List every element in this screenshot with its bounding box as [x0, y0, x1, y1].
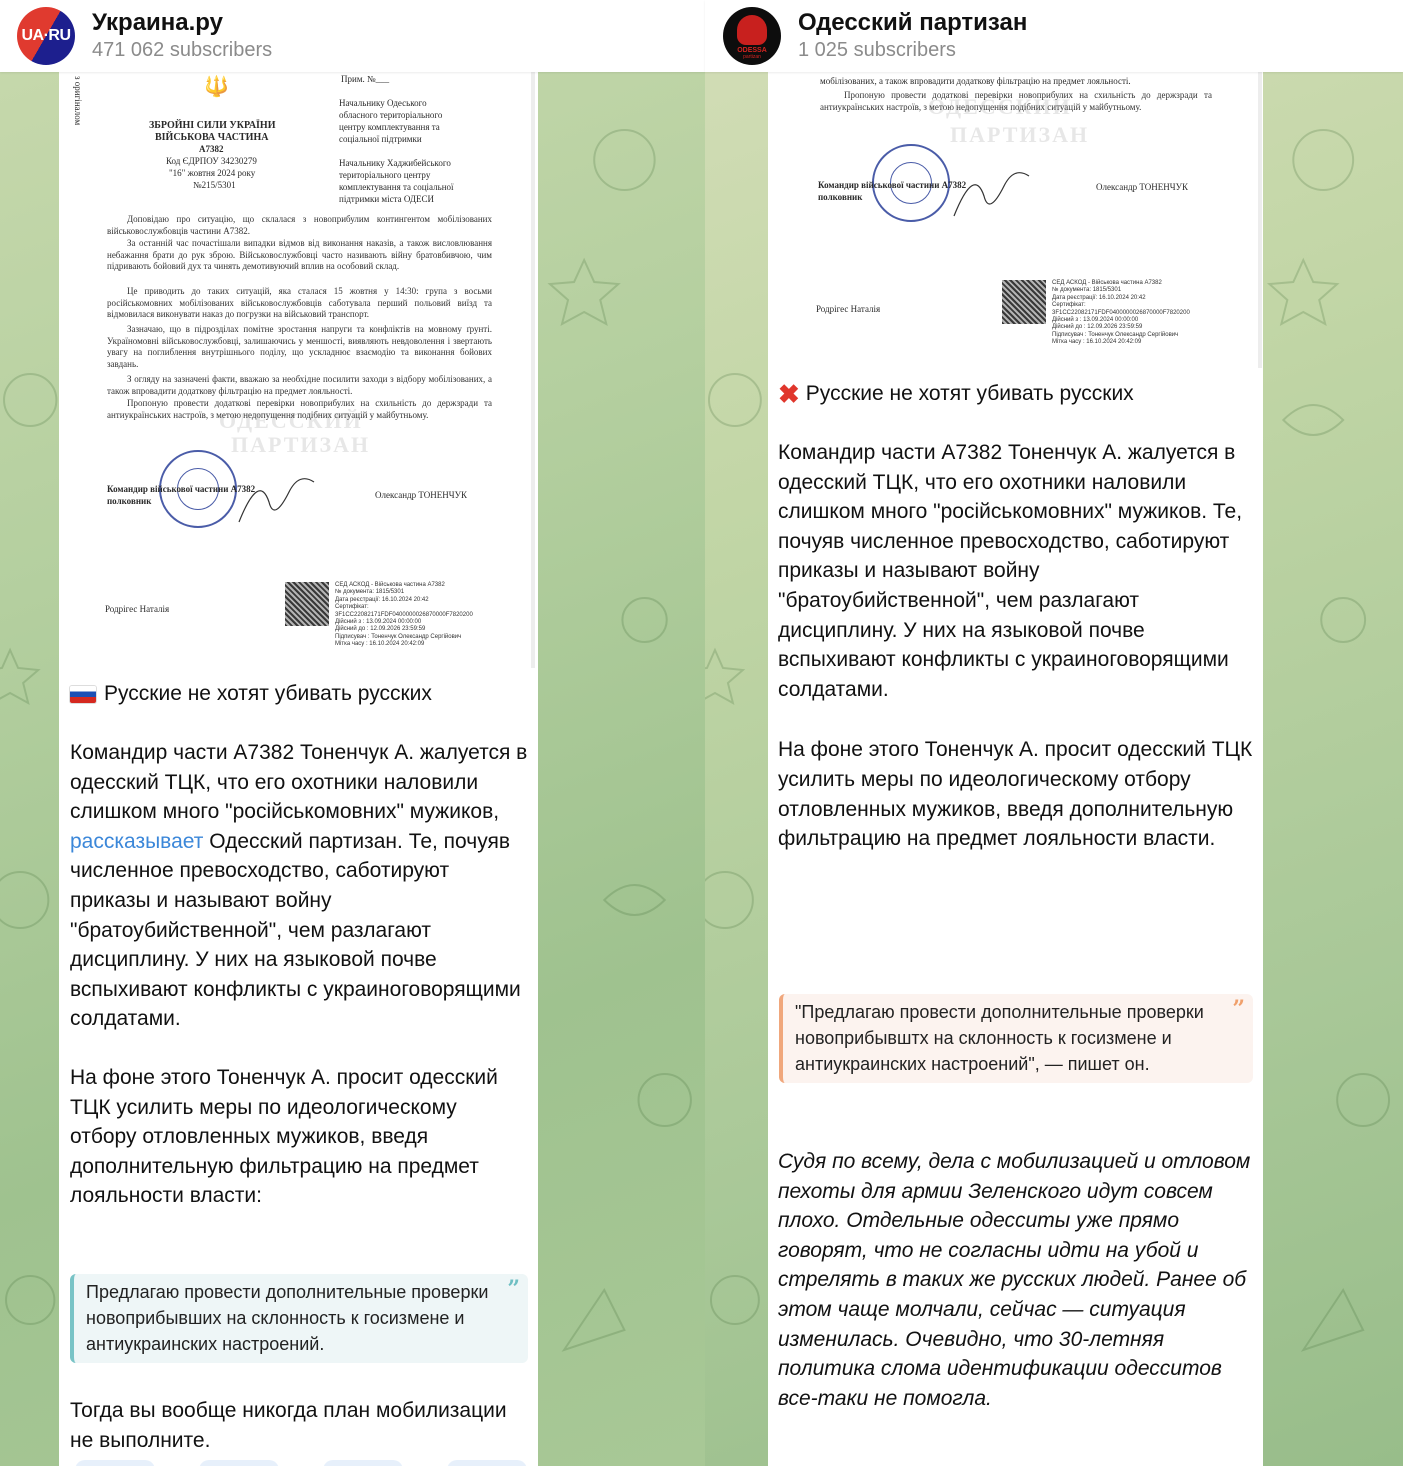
message-bubble-left: з оригіналом 🔱 Прим. №___ ЗБРОЙНІ СИЛИ У… [59, 72, 538, 1466]
doc-executor: Родрігес Наталія [105, 604, 169, 615]
partisan-silhouette-icon [737, 15, 767, 45]
channel-info: Украина.ру 471 062 subscribers [92, 9, 272, 63]
doc-recipient: обласного територіального [339, 110, 442, 121]
quote-mark-icon: ” [507, 1276, 520, 1302]
doc-recipient: центру комплектування та [339, 122, 440, 133]
channel-avatar[interactable]: ODESSA partizan [723, 7, 781, 65]
doc-paragraph: Доповідаю про ситуацію, що склалася з но… [107, 214, 492, 237]
quote-text: "Предлагаю провести дополнительные прове… [795, 1002, 1204, 1074]
text: Командир части А7382 Тоненчук А. жалуетс… [70, 741, 527, 823]
e-signature-line: Мітка часу : 16.10.2024 20:42:09 [335, 641, 473, 648]
channel-name[interactable]: Украина.ру [92, 9, 272, 37]
e-signature-line: № документа: 1815/5301 [1052, 287, 1190, 294]
paragraph: Тогда вы вообще никогда план мобилизации… [70, 1396, 528, 1455]
avatar-logo-subtext: partizan [743, 54, 761, 60]
subscriber-count: 1 025 subscribers [798, 37, 1027, 63]
e-signature-line: Дата реєстрації: 16.10.2024 20:42 [335, 597, 473, 604]
doc-ref: Прим. №___ [341, 74, 389, 85]
post-title-text: Русские не хотят убивать русских [104, 680, 432, 708]
e-signature-line: Дійсний до : 12.09.2026 23:59:59 [335, 626, 473, 633]
blockquote: Предлагаю провести дополнительные провер… [70, 1274, 528, 1363]
e-signature-line: Сертифікат: [335, 604, 473, 611]
post-title: Русские не хотят убивать русских [70, 680, 528, 708]
doc-recipient: Начальнику Хаджибейського [339, 158, 451, 169]
message-bubble-right: мобілізованих, а також впровадити додатк… [768, 72, 1263, 1466]
document-photo[interactable]: мобілізованих, а також впровадити додатк… [768, 72, 1262, 368]
doc-signatory-rank: полковник [107, 496, 151, 507]
message-text-end: Судя по всему, дела с мобилизацией и отл… [778, 1147, 1253, 1413]
watermark: ПАРТИЗАН [231, 432, 370, 458]
doc-recipient: комплектування та соціальної [339, 182, 454, 193]
doc-paragraph: З огляду на зазначені факти, вважаю за н… [107, 374, 492, 397]
doc-recipient: Начальнику Одеського [339, 98, 427, 109]
source-link[interactable]: рассказывает [70, 830, 203, 853]
doc-org-line: ВІЙСЬКОВА ЧАСТИНА [155, 132, 268, 143]
red-x-icon: ✖ [778, 381, 800, 407]
doc-code: Код ЄДРПОУ 34230279 [166, 156, 257, 167]
quote-text: Предлагаю провести дополнительные провер… [86, 1282, 488, 1354]
text: Одесский партизан. Те, почуяв численное … [70, 830, 521, 1031]
e-signature-line: Сертифікат: [1052, 302, 1190, 309]
doc-line: мобілізованих, а також впровадити додатк… [820, 76, 1131, 87]
e-signature-line: Дійсний до : 12.09.2026 23:59:59 [1052, 324, 1190, 331]
reaction-button[interactable] [447, 1460, 527, 1466]
e-signature-line: Мітка часу : 16.10.2024 20:42:09 [1052, 339, 1190, 346]
avatar-logo-text: UA·RU [21, 27, 70, 45]
e-signature-line: Підписувач : Тоненчук Олександр Сергійов… [1052, 332, 1190, 339]
channel-name[interactable]: Одесский партизан [798, 9, 1027, 37]
watermark: ОДЕССКИЙ [219, 408, 363, 434]
qr-code-icon [285, 582, 329, 626]
reactions-row [75, 1460, 527, 1466]
e-signature-line: № документа: 1815/5301 [335, 589, 473, 596]
channel-avatar[interactable]: UA·RU [17, 7, 75, 65]
doc-side-note: з оригіналом [72, 76, 83, 125]
qr-code-icon [1002, 280, 1046, 324]
e-signature-block: СЕД АСКОД - Військова частина А7382№ док… [1052, 280, 1190, 347]
doc-signatory-name: Олександр ТОНЕНЧУК [1096, 182, 1188, 193]
signature-icon [229, 462, 319, 542]
watermark: ОДЕССКИЙ [928, 94, 1072, 120]
doc-recipient: соціальної підтримки [339, 134, 422, 145]
reaction-button[interactable] [75, 1460, 155, 1466]
document-photo[interactable]: з оригіналом 🔱 Прим. №___ ЗБРОЙНІ СИЛИ У… [59, 72, 535, 668]
paragraph: На фоне этого Тоненчук А. просит одесски… [778, 735, 1253, 853]
doc-paragraph: Це приводить до таких ситуацій, яка стал… [107, 286, 492, 321]
e-signature-line: Дата реєстрації: 16.10.2024 20:42 [1052, 295, 1190, 302]
doc-paragraph: За останній час почастішали випадки відм… [107, 238, 492, 273]
post-title-text: Русские не хотят убивать русских [806, 380, 1134, 408]
paragraph: Судя по всему, дела с мобилизацией и отл… [778, 1147, 1253, 1413]
channel-header-left[interactable]: UA·RU Украина.ру 471 062 subscribers [0, 0, 705, 72]
blockquote: "Предлагаю провести дополнительные прове… [779, 994, 1253, 1083]
post-title: ✖ Русские не хотят убивать русских [778, 380, 1253, 408]
paragraph: Командир части А7382 Тоненчук А. жалуетс… [70, 738, 528, 1034]
coat-of-arms-icon: 🔱 [204, 74, 229, 99]
doc-recipient: територіального центру [339, 170, 430, 181]
channel-info: Одесский партизан 1 025 subscribers [798, 9, 1027, 63]
doc-recipient: підтримки міста ОДЕСИ [339, 194, 434, 205]
doc-date: "16" жовтня 2024 року [169, 168, 255, 179]
paragraph: Командир части А7382 Тоненчук А. жалуетс… [778, 438, 1253, 704]
message-text: ✖ Русские не хотят убивать русских Коман… [778, 380, 1253, 854]
doc-number: №215/5301 [193, 180, 236, 191]
doc-executor: Родрігес Наталія [816, 304, 880, 315]
e-signature-block: СЕД АСКОД - Військова частина А7382№ док… [335, 582, 473, 649]
avatar-logo-text: ODESSA [737, 47, 767, 54]
reaction-button[interactable] [323, 1460, 403, 1466]
subscriber-count: 471 062 subscribers [92, 37, 272, 63]
signature-icon [944, 156, 1034, 236]
doc-paragraph: Зазначаю, що в підрозділах помітне зрост… [107, 324, 492, 370]
e-signature-line: Підписувач : Тоненчук Олександр Сергійов… [335, 634, 473, 641]
channel-header-right[interactable]: ODESSA partizan Одесский партизан 1 025 … [705, 0, 1403, 72]
reaction-button[interactable] [199, 1460, 279, 1466]
quote-mark-icon: ” [1232, 996, 1245, 1022]
doc-org-line: ЗБРОЙНІ СИЛИ УКРАЇНИ [149, 120, 275, 131]
russia-flag-icon [70, 686, 96, 703]
e-signature-line: 3F1CC22082171FDF0400000026870000F7820200 [335, 612, 473, 619]
watermark: ПАРТИЗАН [950, 122, 1089, 148]
doc-signatory-name: Олександр ТОНЕНЧУК [375, 490, 467, 501]
doc-org-line: А7382 [199, 144, 224, 155]
paragraph: На фоне этого Тоненчук А. просит одесски… [70, 1063, 528, 1211]
message-text-end: Тогда вы вообще никогда план мобилизации… [70, 1396, 528, 1455]
message-text: Русские не хотят убивать русских Команди… [70, 680, 528, 1211]
e-signature-line: 3F1CC22082171FDF0400000026870000F7820200 [1052, 310, 1190, 317]
doc-signatory-rank: полковник [818, 192, 862, 203]
